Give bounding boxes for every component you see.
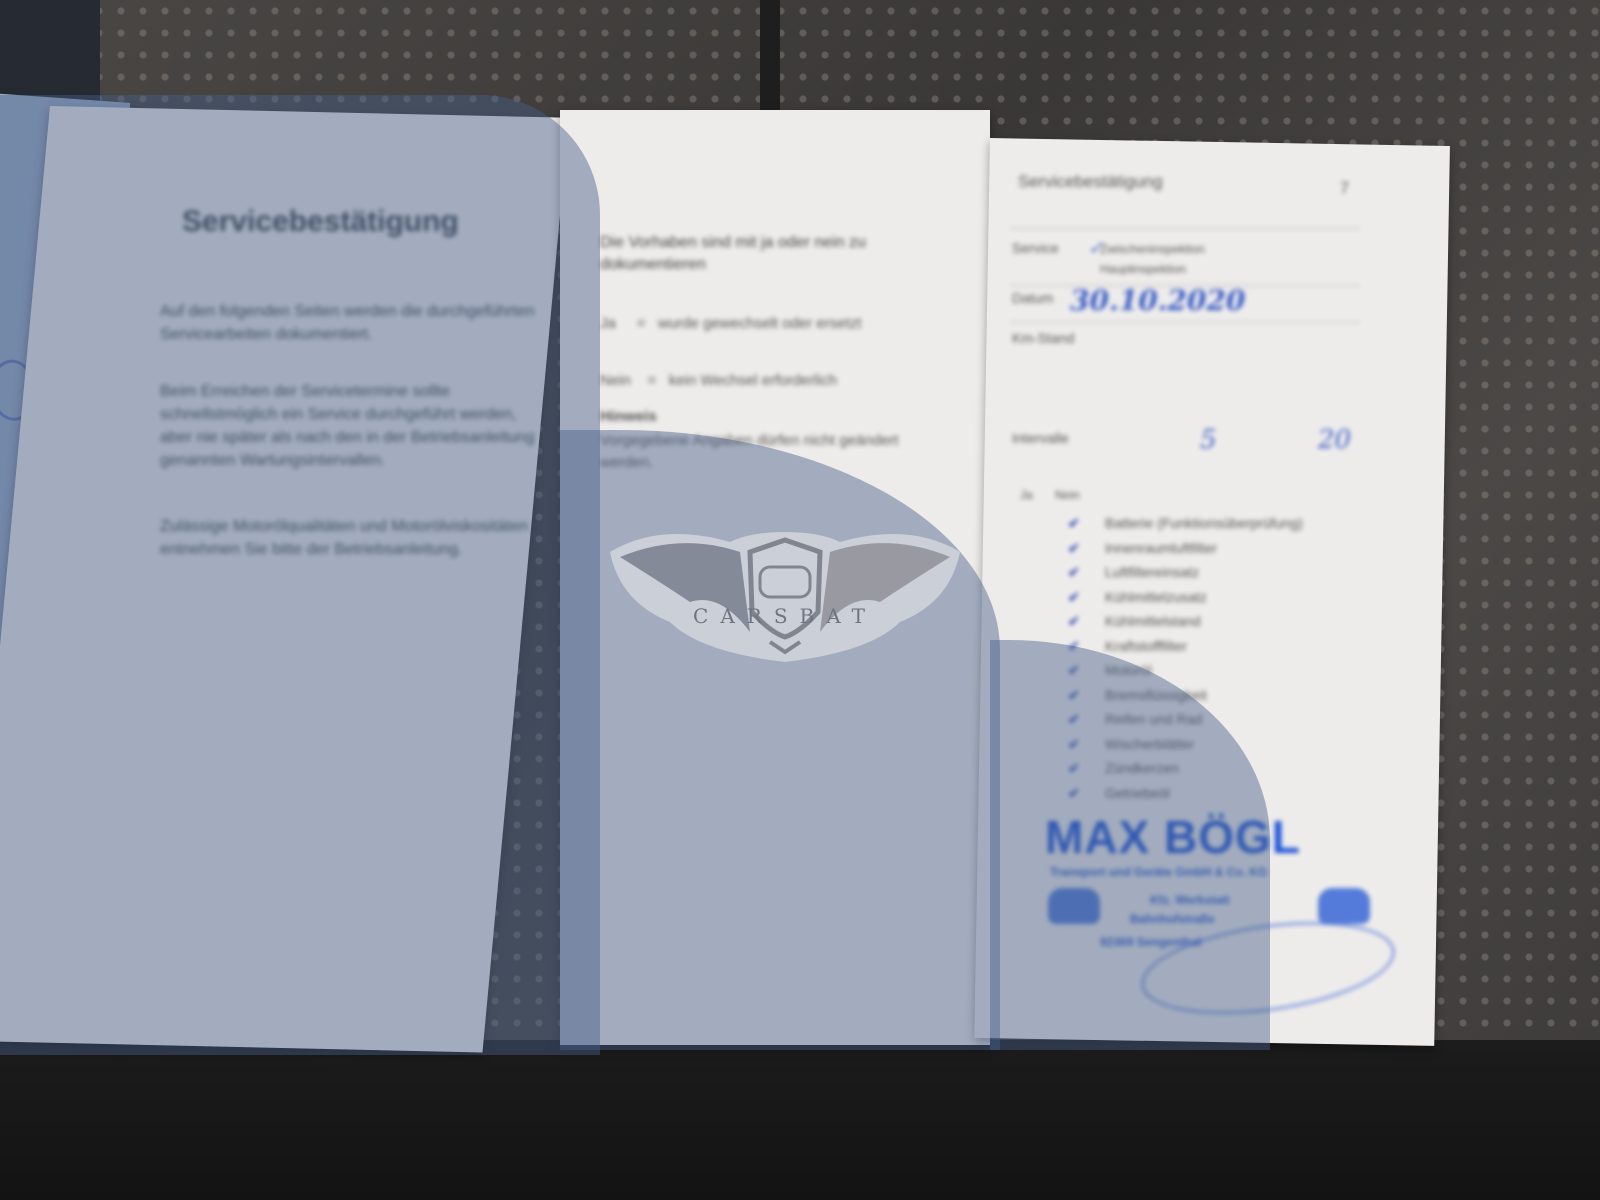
checkmark-icon: ✔ [1068, 589, 1080, 606]
service-item-label: Batterie (Funktionsüberprüfung) [1105, 515, 1303, 531]
left-paragraph-3: Zulässige Motorölqualitäten und Motorölv… [160, 515, 540, 561]
service-item-label: Bremsflüssigkeit [1105, 687, 1207, 703]
left-page [0, 106, 569, 1053]
date-label: Datum [1012, 290, 1053, 306]
checkmark-icon: ✔ [1068, 540, 1080, 557]
left-page-title: Servicebestätigung [182, 205, 459, 239]
service-option-2: Hauptinspektion [1100, 262, 1186, 276]
col-yes: Ja [1020, 488, 1033, 502]
checkmark-icon: ✔ [1068, 736, 1080, 753]
service-item-label: Kühlmittelstand [1105, 613, 1201, 629]
carsbat-watermark: CARSBAT [600, 512, 970, 662]
service-item-label: Getriebeöl [1105, 785, 1170, 801]
watermark-text: CARSBAT [680, 604, 890, 628]
km-label: Km-Stand [1012, 330, 1074, 346]
legend-key: Ja [600, 315, 616, 332]
checkmark-icon: ✔ [1068, 760, 1080, 777]
service-item-label: Luftfiltereinsatz [1105, 564, 1199, 580]
note-title: Hinweis [600, 408, 657, 425]
checkmark-icon: ✔ [1068, 613, 1080, 630]
right-page [974, 138, 1450, 1046]
checkmark-icon: ✔ [1068, 785, 1080, 802]
left-paragraph-2: Beim Erreichen der Servicetermine sollte… [160, 380, 540, 472]
checkmark-icon: ✔ [1068, 662, 1080, 679]
checkmark-icon: ✔ [1068, 711, 1080, 728]
checkmark-icon: ✔ [1068, 687, 1080, 704]
car-icon [1048, 888, 1100, 924]
right-page-title: Servicebestätigung [1018, 172, 1163, 192]
note-text: Vorgegebene Angaben dürfen nicht geänder… [600, 430, 950, 474]
service-item-label: Kühlmittelzusatz [1105, 589, 1207, 605]
interval-value-1: 5 [1200, 425, 1217, 455]
legend-sep: = [648, 372, 657, 389]
checkmark-icon: ✔ [1068, 515, 1080, 532]
service-checkmark: ✓ [1088, 238, 1103, 259]
seat-bottom [0, 1040, 1600, 1200]
middle-heading: Die Vorhaben sind mit ja oder nein zu do… [600, 232, 960, 276]
legend-sep: = [637, 315, 646, 332]
legend-row-no: Nein = kein Wechsel erforderlich [600, 372, 837, 389]
service-item-label: Kraftstofffilter [1105, 638, 1187, 654]
date-value: 30.10.2020 [1070, 284, 1245, 317]
left-paragraph-1: Auf den folgenden Seiten werden die durc… [160, 300, 540, 346]
stamp-company: MAX BÖGL [1045, 810, 1301, 864]
legend-value: kein Wechsel erforderlich [669, 372, 837, 389]
legend-value: wurde gewechselt oder ersetzt [658, 315, 861, 332]
car-icon [1318, 888, 1370, 924]
stamp-line-1: Kfz. Werkstatt [1150, 893, 1230, 907]
stamp-subtitle: Transport und Geräte GmbH & Co. KG [1050, 865, 1267, 879]
stamp-line-2: Bahnhofstraße [1130, 912, 1215, 926]
col-no: Nein [1055, 488, 1080, 502]
checkmark-icon: ✔ [1068, 638, 1080, 655]
divider [1010, 322, 1360, 323]
service-item-label: Motoröl [1105, 662, 1152, 678]
service-label: Service [1012, 240, 1059, 256]
interval-label: Intervalle [1012, 430, 1069, 446]
divider [1010, 228, 1360, 229]
checkmark-icon: ✔ [1068, 564, 1080, 581]
service-item-label: Reifen und Rad [1105, 711, 1202, 727]
service-item-label: Wischerblätter [1105, 736, 1194, 752]
service-item-label: Innenraumluftfilter [1105, 540, 1217, 556]
legend-key: Nein [600, 372, 631, 389]
legend-row-yes: Ja = wurde gewechselt oder ersetzt [600, 315, 861, 332]
bat-wings-logo-icon [600, 512, 970, 662]
page-number: 7 [1340, 180, 1349, 198]
service-option-1: Zwischeninspektion [1100, 242, 1205, 256]
service-item-label: Zündkerzen [1105, 760, 1179, 776]
interval-value-2: 20 [1318, 425, 1351, 455]
